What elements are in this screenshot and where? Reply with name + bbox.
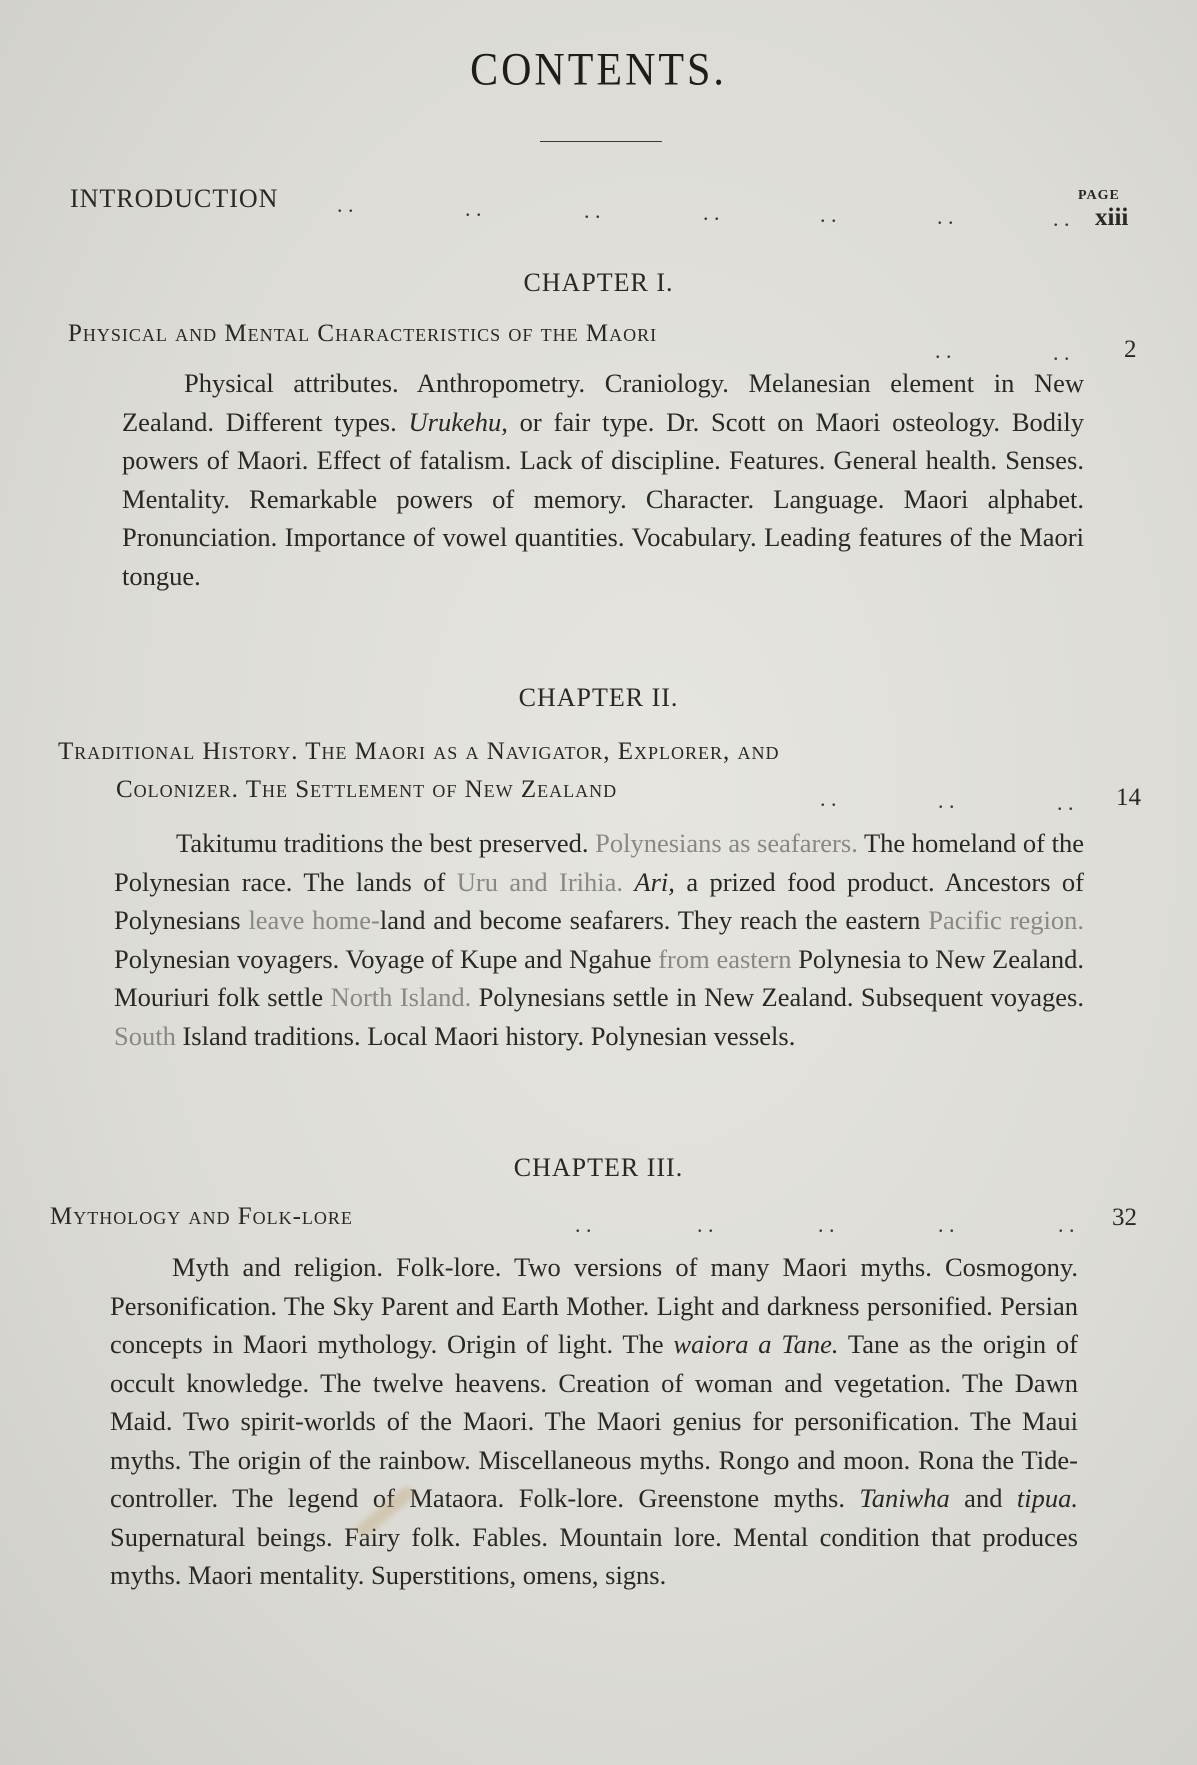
- title-divider: [540, 141, 662, 142]
- leader-dots: . .: [575, 1212, 592, 1238]
- chapter-title-line-2: Colonizer. The Settlement of New Zealand: [116, 776, 617, 804]
- leader-dots: . .: [1053, 206, 1070, 232]
- italic-term: Ari,: [634, 867, 675, 897]
- summary-text: Physical attributes. Anthropometry. Cran…: [122, 364, 1084, 595]
- leader-dots: . .: [937, 204, 954, 230]
- page-number: xiii: [1095, 204, 1128, 232]
- chapter-heading: CHAPTER I.: [0, 268, 1197, 298]
- chapter-summary: Takitumu traditions the best preserved. …: [114, 824, 1084, 1055]
- leader-dots: . .: [697, 1212, 714, 1238]
- leader-dots: . .: [820, 202, 837, 228]
- chapter-heading: CHAPTER II.: [0, 683, 1197, 713]
- leader-dots: . .: [584, 198, 601, 224]
- chapter-heading: CHAPTER III.: [0, 1153, 1197, 1183]
- leader-dots: . .: [820, 786, 837, 812]
- page-number: 32: [1112, 1204, 1137, 1232]
- book-page: CONTENTS. PAGE INTRODUCTION . . . . . . …: [0, 0, 1197, 1765]
- leader-dots: . .: [465, 196, 482, 222]
- italic-term: Urukehu,: [409, 407, 508, 437]
- leader-dots: . .: [818, 1212, 835, 1238]
- chapter-summary: Physical attributes. Anthropometry. Cran…: [122, 364, 1084, 595]
- summary-text: Myth and religion. Folk-lore. Two versio…: [110, 1248, 1078, 1595]
- leader-dots: . .: [1053, 340, 1070, 366]
- chapter-summary: Myth and religion. Folk-lore. Two versio…: [110, 1248, 1078, 1595]
- introduction-label: INTRODUCTION: [70, 184, 278, 214]
- leader-dots: . .: [1057, 790, 1074, 816]
- leader-dots: . .: [938, 1212, 955, 1238]
- leader-dots: . .: [703, 200, 720, 226]
- page-column-label: PAGE: [1078, 188, 1120, 204]
- page-title: CONTENTS.: [0, 44, 1197, 97]
- summary-text: Takitumu traditions the best preserved. …: [114, 824, 1084, 1055]
- chapter-title: Physical and Mental Characteristics of t…: [68, 320, 657, 348]
- leader-dots: . .: [938, 788, 955, 814]
- leader-dots: . .: [1058, 1212, 1075, 1238]
- page-number: 14: [1116, 784, 1141, 812]
- chapter-title-line-1: Traditional History. The Maori as a Navi…: [58, 738, 779, 766]
- italic-term: tipua.: [1017, 1483, 1078, 1513]
- italic-term: Taniwha: [859, 1483, 949, 1513]
- page-number: 2: [1124, 336, 1137, 364]
- chapter-title: Mythology and Folk-lore: [50, 1203, 353, 1231]
- leader-dots: . .: [935, 338, 952, 364]
- leader-dots: . .: [337, 192, 354, 218]
- italic-term: waiora a Tane.: [673, 1329, 838, 1359]
